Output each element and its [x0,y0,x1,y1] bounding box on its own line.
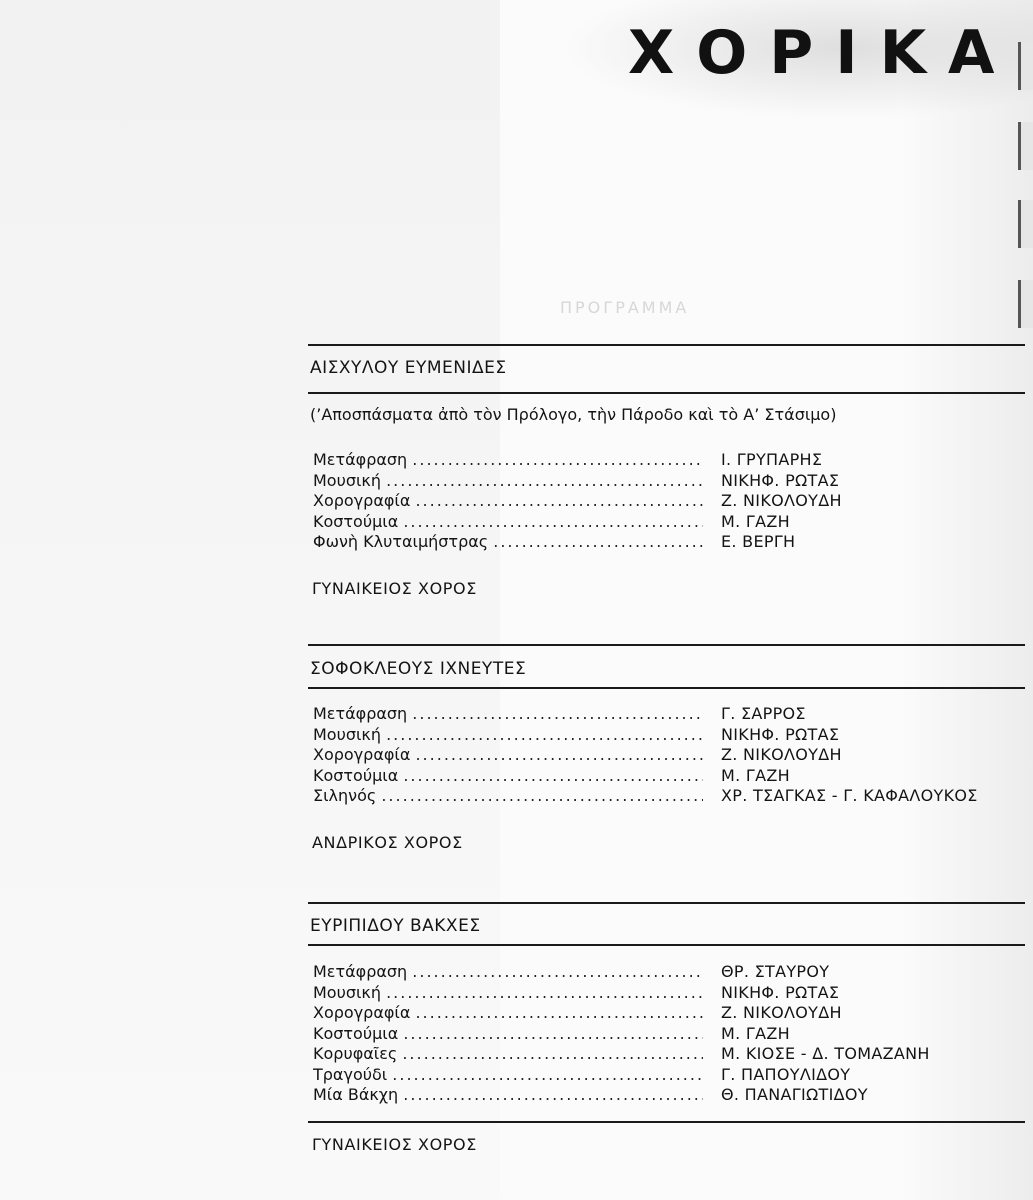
bleed-through-text: ΠΡΟΓΡΑΜΜΑ [560,298,689,317]
credit-role: Μουσική ................................… [313,471,703,490]
credits-list: Μετάφραση ..............................… [313,450,842,553]
chorus-label: ΓΥΝΑΙΚΕΙΟΣ ΧΟΡΟΣ [312,579,477,598]
binder-tab [1018,42,1033,90]
leader-dots: ........................................… [381,786,703,805]
section-rule [308,902,1025,904]
leader-dots: ........................................… [402,1044,703,1063]
credit-role: Μουσική ................................… [313,983,703,1002]
section-rule [308,344,1025,346]
leader-dots: ........................................… [392,1065,703,1084]
credit-row: Κοστούμια ..............................… [313,1024,930,1045]
section-rule [308,687,1025,689]
section-title: ΑΙΣΧΥΛΟΥ ΕΥΜΕΝΙΔΕΣ [310,358,507,378]
credits-list: Μετάφραση ..............................… [313,704,978,807]
credit-role: Μετάφραση ..............................… [313,962,703,981]
binder-tab [1018,200,1033,248]
leader-dots: ........................................… [412,450,703,469]
credit-role: Κοστούμια ..............................… [313,1024,703,1043]
leader-dots: ........................................… [412,704,703,723]
credit-name: Μ. ΓΑΖΗ [721,512,790,531]
credit-row: Τραγούδι ...............................… [313,1065,930,1086]
credit-role: Χορογραφία .............................… [313,491,703,510]
credit-name: Ε. ΒΕΡΓΗ [721,532,795,551]
credit-name: Γ. ΣΑΡΡΟΣ [721,704,806,723]
credit-row: Μετάφραση ..............................… [313,704,978,725]
credit-role: Κορυφαῖες ..............................… [313,1044,703,1063]
credit-name: Ζ. ΝΙΚΟΛΟΥΔΗ [721,745,842,764]
credit-row: Σιληνός ................................… [313,786,978,807]
leader-dots: ........................................… [412,962,703,981]
binder-tab [1018,122,1033,170]
credit-row: Κοστούμια ..............................… [313,512,842,533]
section-rule [308,1121,1025,1123]
credit-name: ΘΡ. ΣΤΑΥΡΟΥ [721,962,829,981]
credit-role: Κοστούμια ..............................… [313,512,703,531]
leader-dots: ........................................… [403,1024,703,1043]
section-rule [308,644,1025,646]
credit-role: Φωνὴ Κλυταιμήστρας .....................… [313,532,703,551]
credit-role: Κοστούμια ..............................… [313,766,703,785]
chorus-label: ΓΥΝΑΙΚΕΙΟΣ ΧΟΡΟΣ [312,1135,477,1154]
credit-row: Μουσική ................................… [313,983,930,1004]
credit-name: Μ. ΓΑΖΗ [721,766,790,785]
credit-role: Μετάφραση ..............................… [313,450,703,469]
credit-row: Χορογραφία .............................… [313,745,978,766]
leader-dots: ........................................… [403,1085,703,1104]
credit-name: ΝΙΚΗΦ. ΡΩΤΑΣ [721,471,839,490]
leader-dots: ........................................… [493,532,703,551]
leader-dots: ........................................… [415,491,703,510]
section-title: ΕΥΡΙΠΙΔΟΥ ΒΑΚΧΕΣ [310,916,481,936]
leader-dots: ........................................… [386,471,703,490]
credit-role: Τραγούδι ...............................… [313,1065,703,1084]
page-title: ΧΟΡΙΚΑ [628,18,1017,88]
credit-name: ΝΙΚΗΦ. ΡΩΤΑΣ [721,983,839,1002]
leader-dots: ........................................… [415,745,703,764]
leader-dots: ........................................… [403,512,703,531]
credit-name: Μ. ΚΙΟΣΕ - Δ. ΤΟΜΑΖΑΝΗ [721,1044,930,1063]
section-rule [308,392,1025,394]
credit-name: Ζ. ΝΙΚΟΛΟΥΔΗ [721,1003,842,1022]
section-rule [308,944,1025,946]
credits-list: Μετάφραση ..............................… [313,962,930,1106]
credit-row: Μετάφραση ..............................… [313,962,930,983]
credit-role: Σιληνός ................................… [313,786,703,805]
leader-dots: ........................................… [386,983,703,1002]
credit-name: Μ. ΓΑΖΗ [721,1024,790,1043]
credit-name: Ζ. ΝΙΚΟΛΟΥΔΗ [721,491,842,510]
credit-name: Γ. ΠΑΠΟΥΛΙΔΟΥ [721,1065,850,1084]
credit-role: Μουσική ................................… [313,725,703,744]
credit-row: Χορογραφία .............................… [313,491,842,512]
leader-dots: ........................................… [415,1003,703,1022]
credit-row: Μουσική ................................… [313,471,842,492]
credit-name: ΧΡ. ΤΣΑΓΚΑΣ - Γ. ΚΑΦΑΛΟΥΚΟΣ [721,786,978,805]
credit-row: Μουσική ................................… [313,725,978,746]
credit-name: ΝΙΚΗΦ. ΡΩΤΑΣ [721,725,839,744]
credit-row: Μετάφραση ..............................… [313,450,842,471]
section-subtitle: (’Αποσπάσματα ἀπὸ τὸν Πρόλογο, τὴν Πάροδ… [310,405,836,424]
credit-row: Κοστούμια ..............................… [313,766,978,787]
credit-row: Μία Βάκχη ..............................… [313,1085,930,1106]
credit-role: Χορογραφία .............................… [313,745,703,764]
section-title: ΣΟΦΟΚΛΕΟΥΣ ΙΧΝΕΥΤΕΣ [310,659,526,679]
chorus-label: ΑΝΔΡΙΚΟΣ ΧΟΡΟΣ [312,833,463,852]
leader-dots: ........................................… [403,766,703,785]
leader-dots: ........................................… [386,725,703,744]
binder-tab [1018,280,1033,328]
credit-name: Ι. ΓΡΥΠΑΡΗΣ [721,450,822,469]
credit-role: Μία Βάκχη ..............................… [313,1085,703,1104]
credit-row: Χορογραφία .............................… [313,1003,930,1024]
credit-name: Θ. ΠΑΝΑΓΙΩΤΙΔΟΥ [721,1085,868,1104]
credit-row: Κορυφαῖες ..............................… [313,1044,930,1065]
credit-row: Φωνὴ Κλυταιμήστρας .....................… [313,532,842,553]
credit-role: Χορογραφία .............................… [313,1003,703,1022]
credit-role: Μετάφραση ..............................… [313,704,703,723]
